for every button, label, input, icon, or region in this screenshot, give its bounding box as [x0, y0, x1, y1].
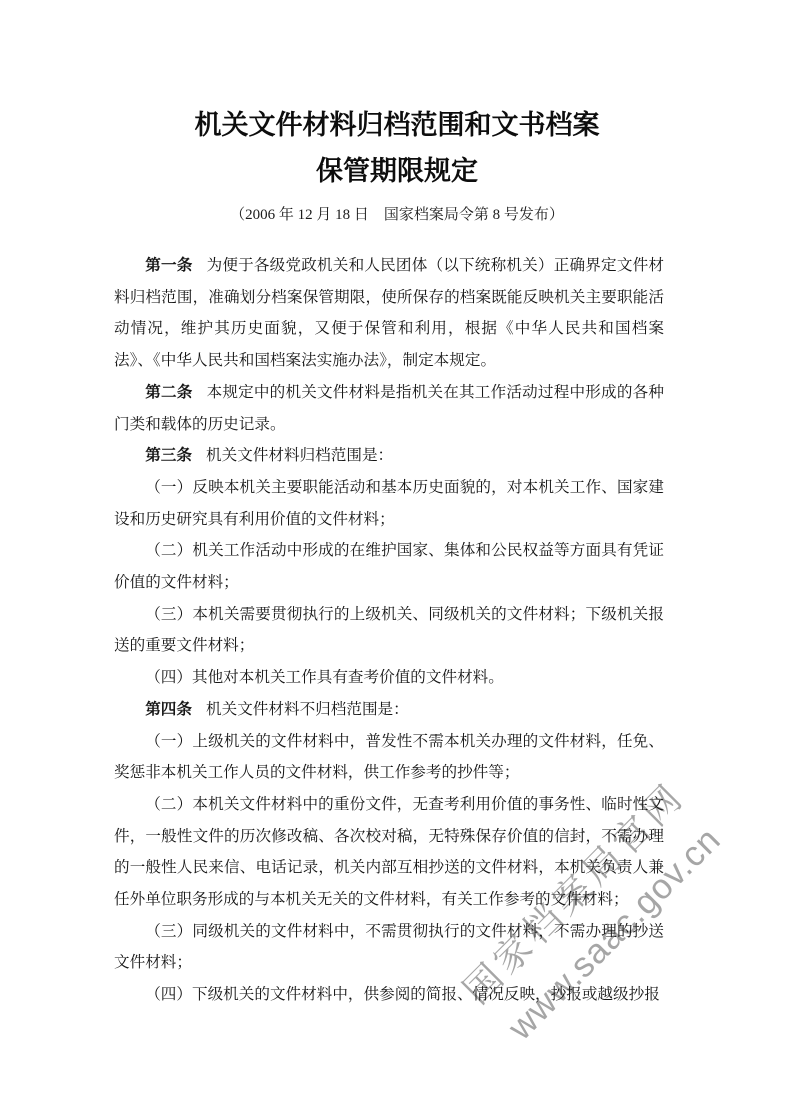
paragraph-text: （二）本机关文件材料中的重份文件，无查考利用价值的事务性、临时性文件，一般性文件… — [114, 796, 664, 908]
article-label: 第一条 — [145, 257, 192, 274]
document-title-line-2: 保管期限规定 — [0, 148, 794, 194]
paragraph-text: 机关文件材料不归档范围是： — [206, 701, 409, 718]
issue-date-line: （2006 年 12 月 18 日 国家档案局令第 8 号发布） — [0, 204, 794, 226]
paragraph-item: （二）本机关文件材料中的重份文件，无查考利用价值的事务性、临时性文件，一般性文件… — [114, 789, 664, 916]
document-page: 国家档案局官网 www.saac.gov.cn 机关文件材料归档范围和文书档案 … — [0, 0, 794, 1108]
paragraph-text: （二）机关工作活动中形成的在维护国家、集体和公民权益等方面具有凭证价值的文件材料… — [114, 542, 664, 591]
paragraph-text: （一）反映本机关主要职能活动和基本历史面貌的，对本机关工作、国家建设和历史研究具… — [114, 479, 664, 528]
paragraph-text: （四）其他对本机关工作具有查考价值的文件材料。 — [145, 669, 504, 686]
paragraph-text: （四）下级机关的文件材料中，供参阅的简报、情况反映，抄报或越级抄报 — [145, 986, 660, 1003]
article-label: 第三条 — [145, 447, 192, 464]
paragraph-item: （四）其他对本机关工作具有查考价值的文件材料。 — [114, 662, 664, 694]
paragraph-item: （三）本机关需要贯彻执行的上级机关、同级机关的文件材料；下级机关报送的重要文件材… — [114, 599, 664, 662]
article-label: 第二条 — [145, 384, 192, 401]
paragraph-article-4: 第四条机关文件材料不归档范围是： — [114, 694, 664, 726]
paragraph-article-2: 第二条本规定中的机关文件材料是指机关在其工作活动过程中形成的各种门类和载体的历史… — [114, 377, 664, 440]
paragraph-text: （三）本机关需要贯彻执行的上级机关、同级机关的文件材料；下级机关报送的重要文件材… — [114, 606, 664, 655]
paragraph-article-3: 第三条机关文件材料归档范围是： — [114, 440, 664, 472]
document-content: 机关文件材料归档范围和文书档案 保管期限规定 （2006 年 12 月 18 日… — [0, 0, 794, 1011]
paragraph-text: 机关文件材料归档范围是： — [206, 447, 393, 464]
article-label: 第四条 — [145, 701, 192, 718]
document-title-line-1: 机关文件材料归档范围和文书档案 — [0, 102, 794, 148]
paragraph-text: 为便于各级党政机关和人民团体（以下统称机关）正确界定文件材料归档范围，准确划分档… — [114, 257, 664, 369]
paragraph-item: （一）上级机关的文件材料中，普发性不需本机关办理的文件材料，任免、奖惩非本机关工… — [114, 726, 664, 789]
document-body: 第一条为便于各级党政机关和人民团体（以下统称机关）正确界定文件材料归档范围，准确… — [114, 250, 664, 1011]
paragraph-text: 本规定中的机关文件材料是指机关在其工作活动过程中形成的各种门类和载体的历史记录。 — [114, 384, 664, 433]
document-title: 机关文件材料归档范围和文书档案 保管期限规定 — [0, 0, 794, 194]
paragraph-item: （一）反映本机关主要职能活动和基本历史面貌的，对本机关工作、国家建设和历史研究具… — [114, 472, 664, 535]
paragraph-item: （三）同级机关的文件材料中，不需贯彻执行的文件材料，不需办理的抄送文件材料； — [114, 916, 664, 979]
paragraph-text: （一）上级机关的文件材料中，普发性不需本机关办理的文件材料，任免、奖惩非本机关工… — [114, 733, 664, 782]
paragraph-text: （三）同级机关的文件材料中，不需贯彻执行的文件材料，不需办理的抄送文件材料； — [114, 923, 664, 972]
paragraph-article-1: 第一条为便于各级党政机关和人民团体（以下统称机关）正确界定文件材料归档范围，准确… — [114, 250, 664, 377]
paragraph-item: （二）机关工作活动中形成的在维护国家、集体和公民权益等方面具有凭证价值的文件材料… — [114, 535, 664, 598]
paragraph-item: （四）下级机关的文件材料中，供参阅的简报、情况反映，抄报或越级抄报 — [114, 979, 664, 1011]
